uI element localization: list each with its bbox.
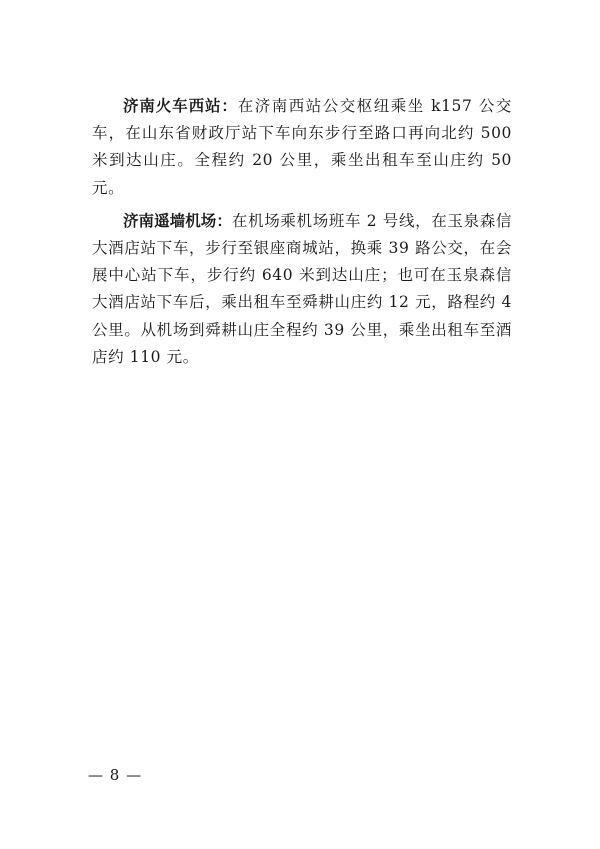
- paragraph-jinan-west-station: 济南火车西站：在济南西站公交枢纽乘坐 k157 公交车，在山东省财政厅站下车向东…: [92, 93, 512, 202]
- page-number: — 8 —: [88, 766, 142, 784]
- document-page: 济南火车西站：在济南西站公交枢纽乘坐 k157 公交车，在山东省财政厅站下车向东…: [0, 0, 600, 849]
- document-body: 济南火车西站：在济南西站公交枢纽乘坐 k157 公交车，在山东省财政厅站下车向东…: [92, 93, 512, 377]
- paragraph-jinan-airport: 济南遥墙机场：在机场乘机场班车 2 号线，在玉泉森信大酒店站下车，步行至银座商城…: [92, 208, 512, 371]
- paragraph-heading: 济南火车西站：: [123, 97, 238, 115]
- paragraph-heading: 济南遥墙机场：: [123, 212, 232, 230]
- paragraph-text: 在机场乘机场班车 2 号线，在玉泉森信大酒店站下车，步行至银座商城站，换乘 39…: [92, 212, 512, 366]
